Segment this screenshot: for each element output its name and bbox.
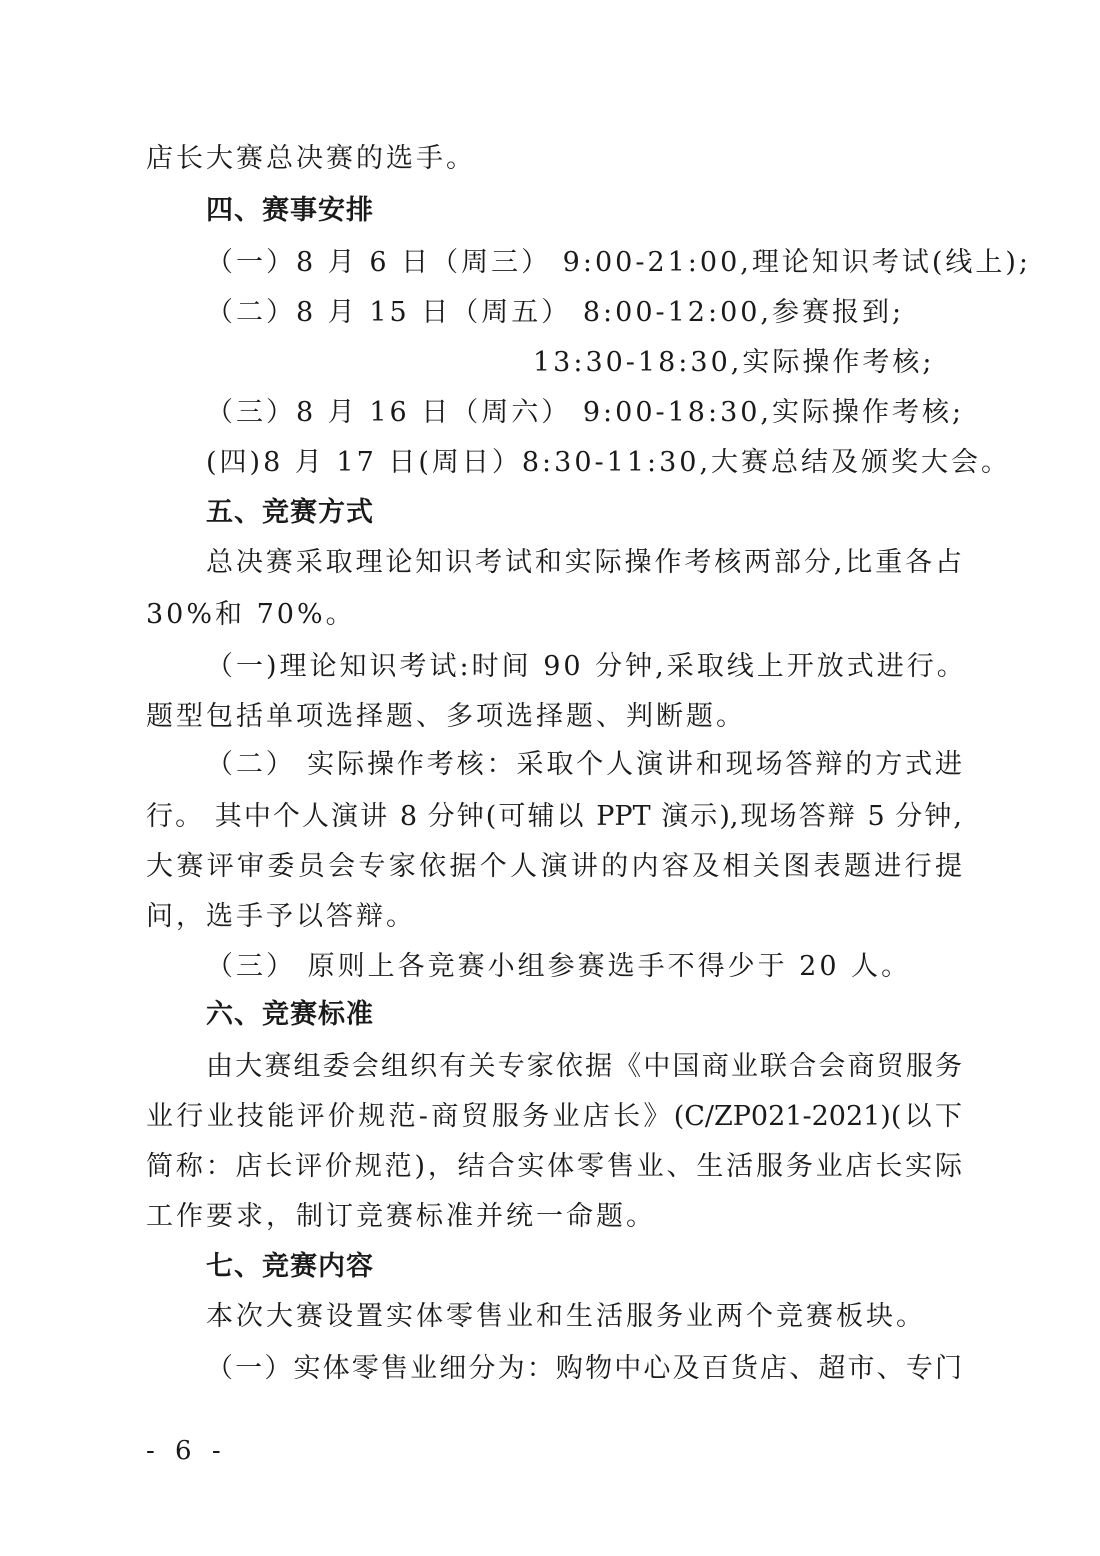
body-line: （三）8 月 16 日（周六） 9:00-18:30,实际操作考核; — [206, 396, 964, 430]
body-line: 业行业技能评价规范-商贸服务业店长》(C/ZP021-2021)(以下 — [146, 1100, 962, 1134]
body-line: 30%和 70%。 — [146, 598, 356, 632]
page-number: - 6 - — [146, 1436, 227, 1466]
body-line: （三） 原则上各竞赛小组参赛选手不得少于 20 人。 — [206, 950, 911, 984]
section-heading: 六、竞赛标准 — [206, 998, 374, 1032]
body-line: （一）8 月 6 日（周三） 9:00-21:00,理论知识考试(线上); — [206, 246, 1031, 280]
section-heading: 七、竞赛内容 — [206, 1250, 374, 1284]
body-line: （一）实体零售业细分为：购物中心及百货店、超市、专门 — [206, 1352, 962, 1386]
body-line: 工作要求，制订竞赛标准并统一命题。 — [146, 1200, 656, 1234]
section-heading: 四、赛事安排 — [206, 194, 374, 228]
body-line: 题型包括单项选择题、多项选择题、判断题。 — [146, 700, 746, 734]
body-line: 本次大赛设置实体零售业和生活服务业两个竞赛板块。 — [206, 1300, 926, 1334]
section-heading: 五、竞赛方式 — [206, 496, 374, 530]
body-line: （二）8 月 15 日（周五） 8:00-12:00,参赛报到; — [206, 296, 904, 330]
body-line: （一)理论知识考试:时间 90 分钟,采取线上开放式进行。 — [206, 650, 967, 684]
body-line: 行。 其中个人演讲 8 分钟(可辅以 PPT 演示),现场答辩 5 分钟, — [146, 800, 962, 834]
body-line: 简称：店长评价规范)，结合实体零售业、生活服务业店长实际 — [146, 1150, 962, 1184]
body-line: (四)8 月 17 日(周日）8:30-11:30,大赛总结及颁奖大会。 — [206, 446, 1011, 480]
body-line: 13:30-18:30,实际操作考核; — [533, 346, 934, 380]
body-line: 大赛评审委员会专家依据个人演讲的内容及相关图表题进行提 — [146, 850, 962, 884]
body-line: 店长大赛总决赛的选手。 — [146, 142, 476, 176]
body-line: 问，选手予以答辩。 — [146, 900, 416, 934]
body-line: 由大赛组委会组织有关专家依据《中国商业联合会商贸服务 — [206, 1050, 962, 1084]
body-line: （二） 实际操作考核：采取个人演讲和现场答辩的方式进 — [206, 748, 962, 782]
body-line: 总决赛采取理论知识考试和实际操作考核两部分,比重各占 — [206, 546, 962, 580]
